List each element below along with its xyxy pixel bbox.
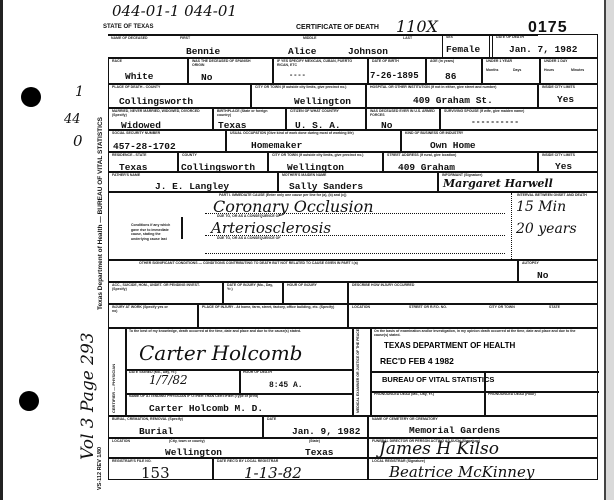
- scan-right-edge: [604, 0, 614, 500]
- race-box: RACE White: [108, 58, 188, 84]
- registration-stamp-line3: BUREAU OF VITAL STATISTICS: [382, 375, 494, 384]
- deceased-middle-name: Alice: [288, 46, 317, 57]
- registrar-signature: Beatrice McKinney: [389, 463, 534, 481]
- physician-name: Carter Holcomb M. D.: [149, 403, 263, 414]
- certifier-section: CERTIFIER — PHYSICIAN To the best of my …: [108, 328, 353, 416]
- under-1-year-box: UNDER 1 YEAR Months Days: [482, 58, 540, 84]
- date-received-value: 1-13-82: [244, 464, 302, 482]
- date-of-death-box: DATE OF DEATH Jan. 7, 1982: [492, 34, 598, 58]
- sex-value: Female: [446, 44, 480, 55]
- scan-left-edge: [0, 0, 3, 500]
- marital-box: MARRIED, NEVER MARRIED, WIDOWED, DIVORCE…: [108, 108, 213, 130]
- registrar-file-box: REGISTRAR'S FILE NO. 153: [108, 458, 213, 480]
- age-box: AGE (in years) 86: [426, 58, 482, 84]
- sex-box: SEX Female: [442, 34, 490, 58]
- registrar-file-value: 153: [141, 464, 170, 482]
- place-city-box: CITY OR TOWN (If outside city limits, gi…: [251, 84, 366, 108]
- medical-examiner-section: MEDICAL EXAMINER OR JUSTICE OF THE PEACE…: [353, 328, 598, 416]
- cause-bracket: [181, 217, 183, 239]
- mother-box: MOTHER'S MAIDEN NAME Sally Sanders: [278, 172, 438, 192]
- dob-box: DATE OF BIRTH 7-26-1895: [368, 58, 426, 84]
- spouse-box: SURVIVING SPOUSE (If wife, give maiden n…: [440, 108, 598, 130]
- form-code: VS-112 REV 1/80: [97, 420, 103, 490]
- registrar-box: LOCAL REGISTRAR (Signature) Beatrice McK…: [368, 458, 598, 480]
- funeral-director-signature: James H Kilso: [379, 439, 499, 459]
- occupation-box: USUAL OCCUPATION (Give kind of work done…: [226, 130, 401, 152]
- funeral-director-box: FUNERAL DIRECTOR OR PERSON ACTING AS SUC…: [368, 438, 598, 458]
- disposition-date-box: DATE Jan. 9, 1982: [263, 416, 368, 438]
- death-certificate-form: NAME OF DECEASED FIRST MIDDLE LAST Benni…: [108, 22, 600, 490]
- military-box: WAS DECEASED EVER IN U.S. ARMED FORCES N…: [366, 108, 440, 130]
- hospital-box: HOSPITAL OR OTHER INSTITUTION (If not in…: [366, 84, 538, 108]
- spanish-type-box: IF YES SPECIFY MEXICAN, CUBAN, PUERTO RI…: [273, 58, 368, 84]
- spanish-origin-box: WAS THE DECEASED OF SPANISH ORIGIN No: [188, 58, 273, 84]
- business-box: KIND OF BUSINESS OR INDUSTRY Own Home: [401, 130, 598, 152]
- date-received-box: DATE REC'D BY LOCAL REGISTRAR 1-13-82: [213, 458, 368, 480]
- injury-at-work-box: INJURY AT WORK (Specify yes or no): [108, 304, 198, 328]
- ssn-box: SOCIAL SECURITY NUMBER 457-28-1702: [108, 130, 226, 152]
- date-injury-box: DATE OF INJURY (Mo., Day, Yr.): [223, 282, 283, 304]
- burial-box: BURIAL, CREMATION, REMOVAL (Specify) Bur…: [108, 416, 263, 438]
- place-county-box: PLACE OF DEATH - COUNTY Collingsworth: [108, 84, 251, 108]
- under-1-day-box: UNDER 1 DAY Hours Minutes: [540, 58, 598, 84]
- describe-injury-box: DESCRIBE HOW INJURY OCCURRED: [348, 282, 598, 304]
- cemetery-box: NAME OF CEMETERY OR CREMATORY Memorial G…: [368, 416, 598, 438]
- inside-city-box: INSIDE CITY LIMITS Yes: [538, 84, 598, 108]
- punch-hole-top: [21, 87, 41, 107]
- father-box: FATHER'S NAME J. E. Langley: [108, 172, 278, 192]
- interval-divider: [511, 193, 512, 259]
- hour-injury-box: HOUR OF INJURY: [283, 282, 348, 304]
- deceased-last-name: Johnson: [348, 46, 388, 57]
- residence-city-box: CITY OR TOWN (If outside city limits, gi…: [268, 152, 383, 172]
- registration-stamp-line1: TEXAS DEPARTMENT OF HEALTH: [384, 341, 515, 350]
- informant-signature: Margaret Harwell: [443, 177, 553, 190]
- punch-hole-bottom: [19, 391, 39, 411]
- informant-box: INFORMANT (Signature) Margaret Harwell: [438, 172, 598, 192]
- residence-inside-box: INSIDE CITY LIMITS Yes: [538, 152, 598, 172]
- margin-note-2: 44: [64, 112, 81, 127]
- cause-b-interval: 20 years: [516, 221, 577, 237]
- injury-location-box: LOCATION STREET OR R.F.D. NO. CITY OR TO…: [348, 304, 598, 328]
- birthplace-box: BIRTHPLACE (State or foreign country) Te…: [213, 108, 286, 130]
- sidebar-bureau-text: Texas Department of Health — BUREAU OF V…: [97, 30, 104, 310]
- autopsy-box: AUTOPSY No: [518, 260, 598, 282]
- date-of-death-value: Jan. 7, 1982: [509, 44, 577, 55]
- citizen-box: CITIZEN OF WHAT COUNTRY U. S. A.: [286, 108, 366, 130]
- certifier-signature: Carter Holcomb: [139, 341, 302, 365]
- residence-county-box: COUNTY Collingsworth: [178, 152, 268, 172]
- cause-a-interval: 15 Min: [516, 199, 566, 215]
- volume-page-note: Vol 3 Page 293: [78, 290, 98, 460]
- date-signed-value: 1/7/82: [149, 373, 188, 387]
- accident-box: ACC., SUICIDE, HOM., UNDET. OR PENDING I…: [108, 282, 223, 304]
- deceased-first-name: Bennie: [186, 46, 220, 57]
- residence-street-box: STREET ADDRESS (If rural, give location)…: [383, 152, 538, 172]
- margin-note-3: 0: [73, 132, 83, 150]
- place-injury-box: PLACE OF INJURY - At home, farm, street,…: [198, 304, 348, 328]
- part2-box: OTHER SIGNIFICANT CONDITIONS — CONDITION…: [108, 260, 518, 282]
- disposition-location-box: LOCATION (City, town or county) (State) …: [108, 438, 368, 458]
- handwritten-file-code: 044-01-1 044-01: [112, 2, 237, 20]
- cause-of-death-section: PART I. IMMEDIATE CAUSE (Enter only one …: [108, 192, 598, 260]
- residence-state-box: RESIDENCE - STATE Texas: [108, 152, 178, 172]
- registration-stamp-line2: REC'D FEB 4 1982: [380, 356, 454, 366]
- margin-note-1: 1: [75, 84, 84, 100]
